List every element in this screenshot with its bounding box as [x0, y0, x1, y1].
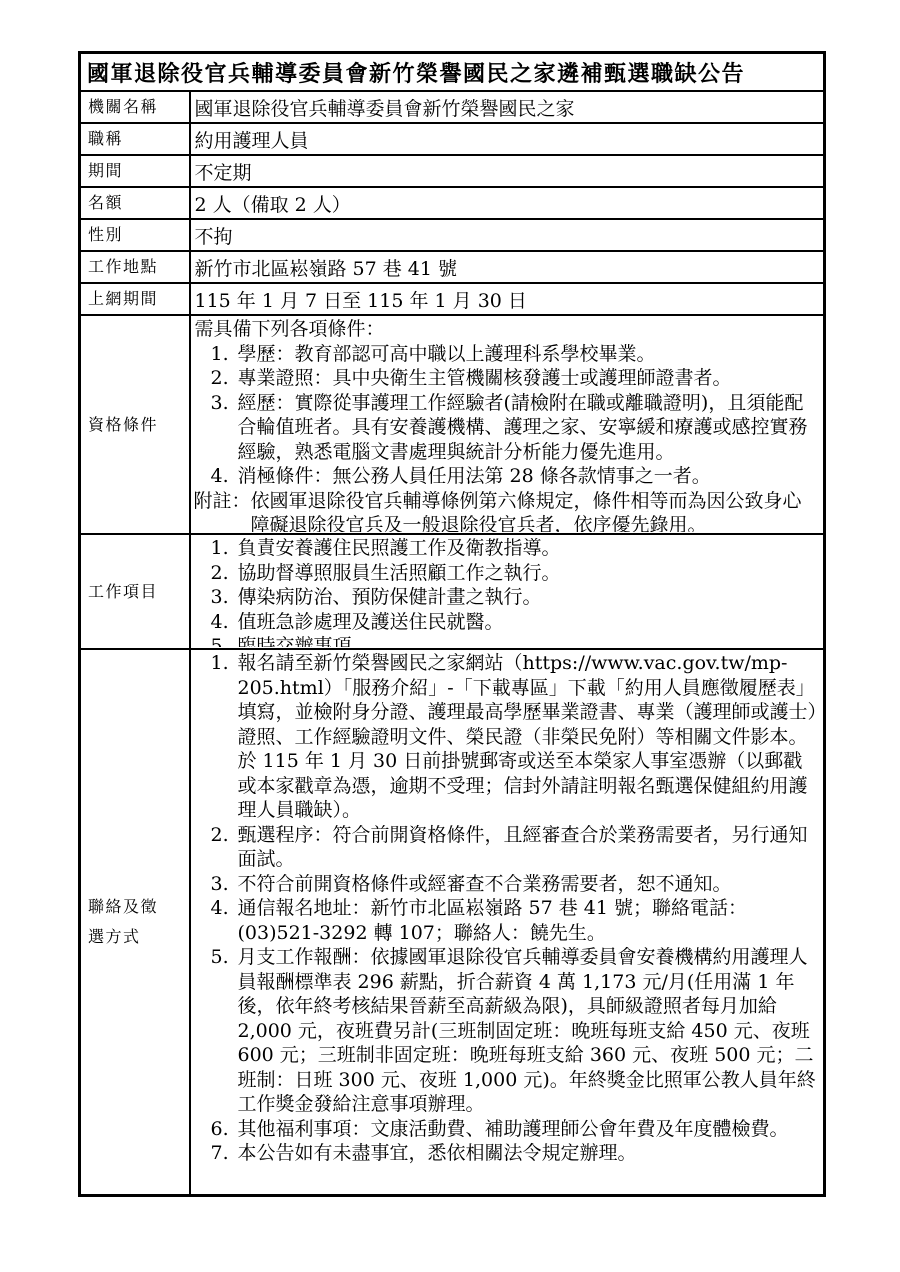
list-number: 1.	[211, 342, 229, 367]
list-number: 3.	[211, 872, 229, 897]
qualifications-note: 附註：依國軍退除役官兵輔導條例第六條規定，條件相等而為因公致身心障礙退除役官兵及…	[194, 489, 820, 533]
document-page: 國軍退除役官兵輔導委員會新竹榮譽國民之家遴補甄選職缺公告 機關名稱國軍退除役官兵…	[0, 0, 900, 1272]
list-number: 7.	[211, 1141, 229, 1166]
row-value: 國軍退除役官兵輔導委員會新竹榮譽國民之家	[190, 91, 825, 123]
row-label: 名額	[80, 187, 190, 219]
row-value: 不拘	[190, 219, 825, 251]
qualifications-row: 資格條件 需具備下列各項條件： 1.學歷：教育部認可高中職以上護理科系學校畢業。…	[80, 315, 825, 534]
list-item: 2.專業證照：具中央衛生主管機關核發護士或護理師證書者。	[194, 366, 820, 391]
row-value: 約用護理人員	[190, 123, 825, 155]
title-row: 國軍退除役官兵輔導委員會新竹榮譽國民之家遴補甄選職缺公告	[80, 53, 825, 92]
table-row: 名額2 人（備取 2 人）	[80, 187, 825, 219]
list-text: 報名請至新竹榮譽國民之家網站（https://www.vac.gov.tw/mp…	[238, 652, 818, 821]
list-text: 學歷：教育部認可高中職以上護理科系學校畢業。	[238, 343, 656, 365]
list-number: 2.	[211, 561, 229, 586]
contact-content-inner: 1.報名請至新竹榮譽國民之家網站（https://www.vac.gov.tw/…	[194, 651, 820, 1191]
list-number: 5.	[211, 945, 229, 970]
contact-label: 聯絡及徵選方式	[80, 649, 190, 1195]
list-number: 3.	[211, 585, 229, 610]
list-text: 值班急診處理及護送住民就醫。	[238, 611, 504, 633]
list-item: 3.傳染病防治、預防保健計畫之執行。	[194, 585, 820, 610]
table-row: 上網期間115 年 1 月 7 日至 115 年 1 月 30 日	[80, 283, 825, 315]
list-item: 4.值班急診處理及護送住民就醫。	[194, 610, 820, 635]
list-item: 3.經歷：實際從事護理工作經驗者(請檢附在職或離職證明)，且須能配合輪值班者。具…	[194, 391, 820, 465]
list-item: 1.報名請至新竹榮譽國民之家網站（https://www.vac.gov.tw/…	[194, 651, 820, 823]
announcement-title: 國軍退除役官兵輔導委員會新竹榮譽國民之家遴補甄選職缺公告	[80, 53, 825, 92]
row-label: 期間	[80, 155, 190, 187]
list-number: 6.	[211, 1117, 229, 1142]
list-text: 不符合前開資格條件或經審查不合業務需要者，恕不通知。	[238, 873, 732, 895]
list-item: 1.負責安養護住民照護工作及衛教指導。	[194, 536, 820, 561]
list-text: 專業證照：具中央衛生主管機關核發護士或護理師證書者。	[238, 367, 732, 389]
qualifications-content: 需具備下列各項條件： 1.學歷：教育部認可高中職以上護理科系學校畢業。2.專業證…	[190, 315, 825, 534]
qualifications-list: 1.學歷：教育部認可高中職以上護理科系學校畢業。2.專業證照：具中央衛生主管機關…	[194, 342, 820, 489]
list-text: 協助督導照服員生活照顧工作之執行。	[238, 562, 561, 584]
duties-label: 工作項目	[80, 534, 190, 649]
list-item: 6.其他福利事項：文康活動費、補助護理師公會年費及年度體檢費。	[194, 1117, 820, 1142]
list-item: 4.通信報名地址：新竹市北區崧嶺路 57 巷 41 號；聯絡電話：(03)521…	[194, 896, 820, 945]
qualifications-content-inner: 需具備下列各項條件： 1.學歷：教育部認可高中職以上護理科系學校畢業。2.專業證…	[194, 317, 820, 532]
table-row: 機關名稱國軍退除役官兵輔導委員會新竹榮譽國民之家	[80, 91, 825, 123]
row-value: 新竹市北區崧嶺路 57 巷 41 號	[190, 251, 825, 283]
contact-row: 聯絡及徵選方式 1.報名請至新竹榮譽國民之家網站（https://www.vac…	[80, 649, 825, 1195]
list-number: 4.	[211, 896, 229, 921]
list-number: 4.	[211, 464, 229, 489]
list-text: 本公告如有未盡事宜，悉依相關法令規定辦理。	[238, 1142, 637, 1164]
contact-content: 1.報名請至新竹榮譽國民之家網站（https://www.vac.gov.tw/…	[190, 649, 825, 1195]
list-number: 2.	[211, 823, 229, 848]
list-item: 2.協助督導照服員生活照顧工作之執行。	[194, 561, 820, 586]
list-number: 2.	[211, 366, 229, 391]
list-number: 1.	[211, 651, 229, 676]
list-number: 5.	[211, 634, 229, 647]
list-item: 5.月支工作報酬：依據國軍退除役官兵輔導委員會安養機構約用護理人員報酬標準表 2…	[194, 945, 820, 1117]
list-text: 通信報名地址：新竹市北區崧嶺路 57 巷 41 號；聯絡電話：(03)521-3…	[238, 897, 748, 944]
list-text: 消極條件：無公務人員任用法第 28 條各款情事之一者。	[238, 465, 711, 487]
contact-list: 1.報名請至新竹榮譽國民之家網站（https://www.vac.gov.tw/…	[194, 651, 820, 1166]
table-row: 職稱約用護理人員	[80, 123, 825, 155]
row-label: 性別	[80, 219, 190, 251]
duties-list: 1.負責安養護住民照護工作及衛教指導。2.協助督導照服員生活照顧工作之執行。3.…	[194, 536, 820, 647]
list-text: 負責安養護住民照護工作及衛教指導。	[238, 537, 561, 559]
list-item: 1.學歷：教育部認可高中職以上護理科系學校畢業。	[194, 342, 820, 367]
simple-rows: 機關名稱國軍退除役官兵輔導委員會新竹榮譽國民之家職稱約用護理人員期間不定期名額2…	[80, 91, 825, 315]
list-number: 3.	[211, 391, 229, 416]
list-number: 1.	[211, 536, 229, 561]
list-item: 3.不符合前開資格條件或經審查不合業務需要者，恕不通知。	[194, 872, 820, 897]
list-text: 其他福利事項：文康活動費、補助護理師公會年費及年度體檢費。	[238, 1118, 789, 1140]
list-text: 甄選程序：符合前開資格條件，且經審查合於業務需要者，另行通知面試。	[238, 824, 808, 871]
table-row: 工作地點新竹市北區崧嶺路 57 巷 41 號	[80, 251, 825, 283]
table-row: 性別不拘	[80, 219, 825, 251]
row-label: 職稱	[80, 123, 190, 155]
qualifications-intro: 需具備下列各項條件：	[194, 317, 820, 342]
list-text: 傳染病防治、預防保健計畫之執行。	[238, 586, 542, 608]
list-item: 7.本公告如有未盡事宜，悉依相關法令規定辦理。	[194, 1141, 820, 1166]
list-text: 月支工作報酬：依據國軍退除役官兵輔導委員會安養機構約用護理人員報酬標準表 296…	[238, 946, 816, 1115]
row-value: 115 年 1 月 7 日至 115 年 1 月 30 日	[190, 283, 825, 315]
row-value: 2 人（備取 2 人）	[190, 187, 825, 219]
qualifications-label: 資格條件	[80, 315, 190, 534]
list-item: 5.臨時交辦事項。	[194, 634, 820, 647]
row-label: 工作地點	[80, 251, 190, 283]
row-value: 不定期	[190, 155, 825, 187]
list-text: 經歷：實際從事護理工作經驗者(請檢附在職或離職證明)，且須能配合輪值班者。具有安…	[238, 392, 808, 463]
row-label: 機關名稱	[80, 91, 190, 123]
duties-content: 1.負責安養護住民照護工作及衛教指導。2.協助督導照服員生活照顧工作之執行。3.…	[190, 534, 825, 649]
list-number: 4.	[211, 610, 229, 635]
row-label: 上網期間	[80, 283, 190, 315]
announcement-table: 國軍退除役官兵輔導委員會新竹榮譽國民之家遴補甄選職缺公告 機關名稱國軍退除役官兵…	[78, 51, 826, 1197]
duties-content-inner: 1.負責安養護住民照護工作及衛教指導。2.協助督導照服員生活照顧工作之執行。3.…	[194, 536, 820, 647]
duties-row: 工作項目 1.負責安養護住民照護工作及衛教指導。2.協助督導照服員生活照顧工作之…	[80, 534, 825, 649]
table-row: 期間不定期	[80, 155, 825, 187]
list-text: 臨時交辦事項。	[238, 635, 371, 647]
list-item: 2.甄選程序：符合前開資格條件，且經審查合於業務需要者，另行通知面試。	[194, 823, 820, 872]
list-item: 4.消極條件：無公務人員任用法第 28 條各款情事之一者。	[194, 464, 820, 489]
